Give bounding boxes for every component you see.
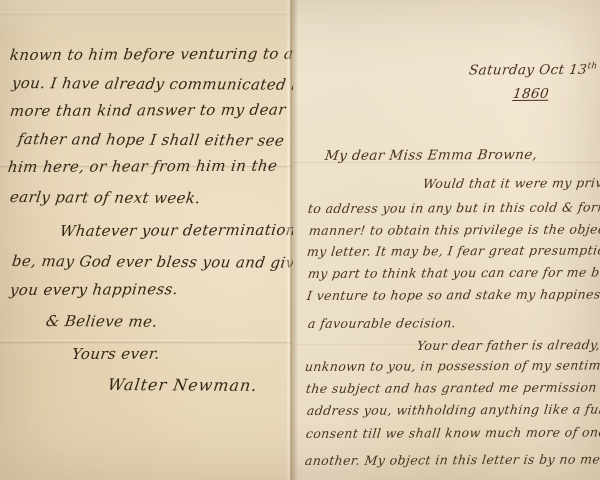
handwriting-line: to address you in any but in this cold &… [307,199,600,216]
handwriting-line: him here, or hear from him in the [7,157,278,176]
fold-crease [0,12,293,16]
date-ordinal: th [587,61,598,71]
fold-crease [0,340,293,344]
date-text: Saturday Oct 13 [468,62,588,79]
handwriting-line: consent till we shall know much more of … [305,424,600,441]
handwriting-line: Would that it were my privilege [422,175,600,191]
handwriting-line: you. I have already communicated his [11,74,316,94]
handwriting-line: another. My object in this letter is by … [304,451,600,468]
handwriting-line: you every happiness. [9,280,179,299]
handwriting-line: manner! to obtain this privilege is the … [308,221,600,238]
handwriting-line: be, may God ever bless you and give [11,252,305,272]
letter-page-right: Saturday Oct 13th 1860 My dear Miss Emma… [293,0,600,480]
handwriting-line: my letter. It may be, I fear great presu… [306,242,600,259]
closing-line: Yours ever. [71,345,161,363]
handwriting-line: unknown to you, in possession of my sent… [304,357,600,374]
handwriting-line: I venture to hope so and stake my happin… [306,286,600,303]
signature: Walter Newman. [107,375,259,395]
handwriting-line: the subject and has granted me permissio… [305,379,600,396]
handwriting-line: a favourable decision. [307,315,457,331]
handwriting-line: my part to think that you can care for m… [307,264,600,281]
salutation: My dear Miss Emma Browne, [324,147,538,164]
handwriting-line: more than kind answer to my dear [9,101,287,120]
date-line: Saturday Oct 13th [468,61,598,78]
handwriting-line: father and hope I shall either see [17,130,286,150]
closing-line: & Believe me. [45,312,159,331]
date-year: 1860 [512,86,550,102]
handwriting-line: Your dear father is already, [416,337,600,353]
handwriting-line: early part of next week. [9,188,202,207]
letter-photograph: known to him before venturing to address… [0,0,600,480]
handwriting-line: address you, withholding anything like a… [306,401,600,418]
letter-page-left: known to him before venturing to address… [0,0,293,480]
